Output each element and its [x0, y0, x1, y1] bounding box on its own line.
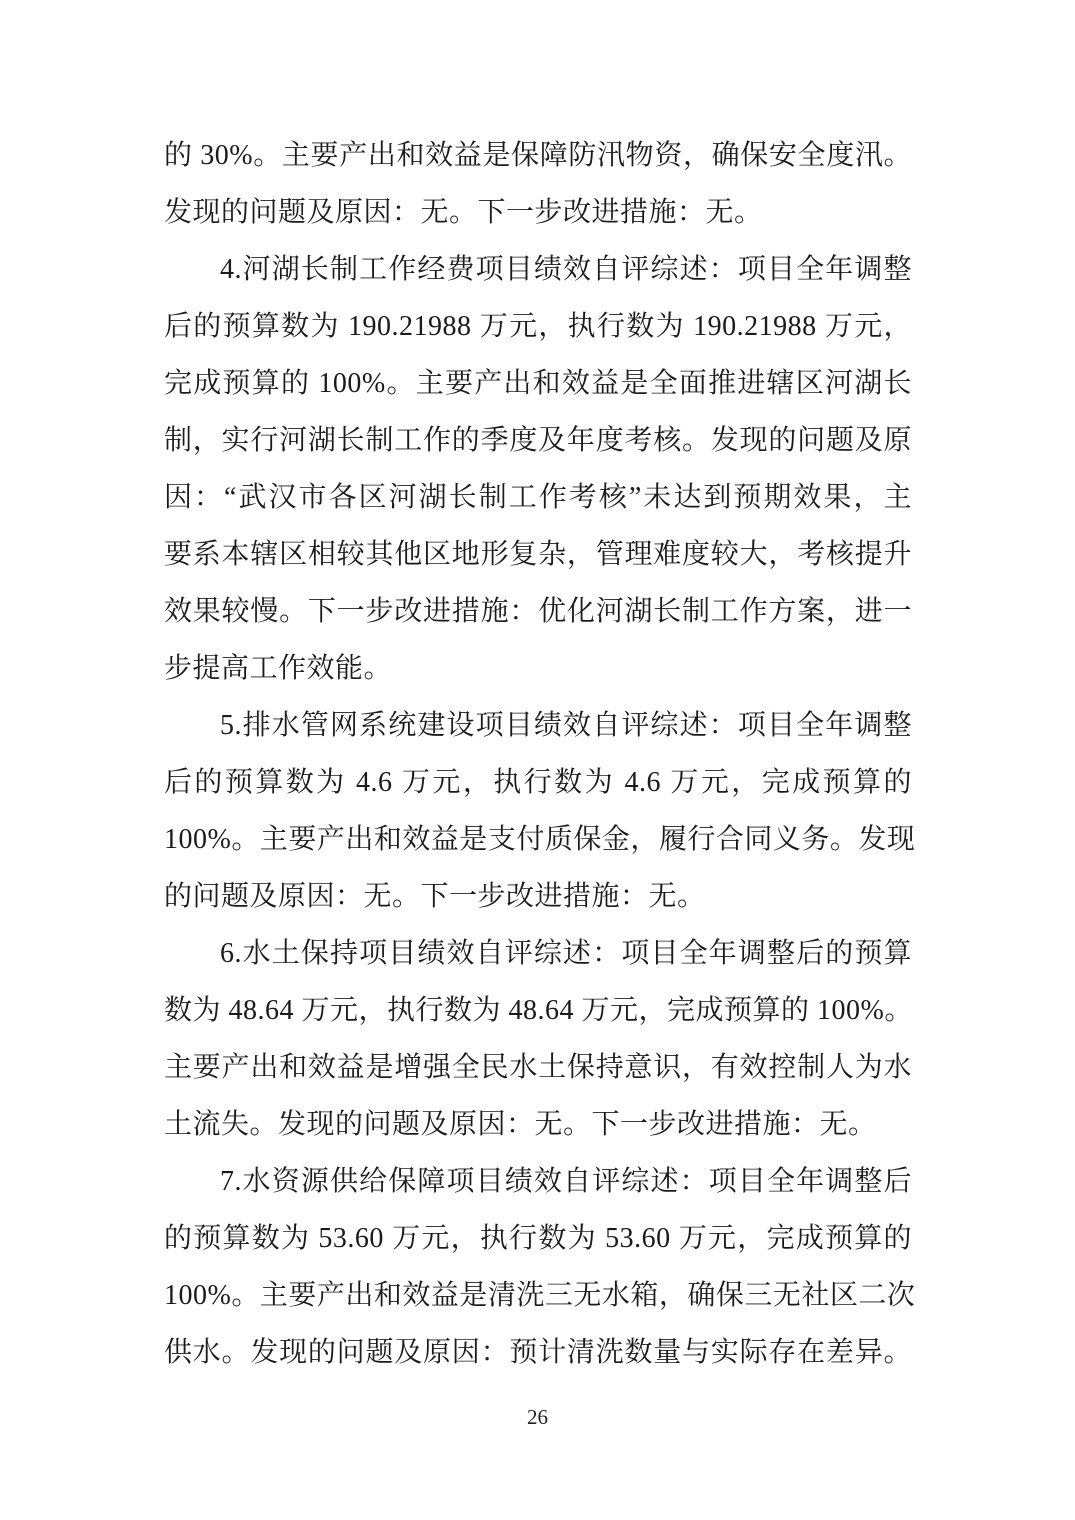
text-line: 6.水土保持项目绩效自评综述：项目全年调整后的预算: [164, 925, 912, 982]
text-line: 的问题及原因：无。下一步改进措施：无。: [164, 868, 912, 925]
text-line: 完成预算的 100%。主要产出和效益是全面推进辖区河湖长: [164, 355, 912, 412]
text-line: 后的预算数为 4.6 万元，执行数为 4.6 万元，完成预算的: [164, 754, 912, 811]
text-line: 4.河湖长制工作经费项目绩效自评综述：项目全年调整: [164, 241, 912, 298]
text-line: 的预算数为 53.60 万元，执行数为 53.60 万元，完成预算的: [164, 1210, 912, 1267]
page-number: 26: [0, 1402, 1075, 1432]
text-line: 后的预算数为 190.21988 万元，执行数为 190.21988 万元，: [164, 298, 912, 355]
text-line: 要系本辖区相较其他区地形复杂，管理难度较大，考核提升: [164, 526, 912, 583]
text-line: 效果较慢。下一步改进措施：优化河湖长制工作方案，进一: [164, 583, 912, 640]
document-body: 的 30%。主要产出和效益是保障防汛物资，确保安全度汛。发现的问题及原因：无。下…: [164, 127, 912, 1381]
text-line: 主要产出和效益是增强全民水土保持意识，有效控制人为水: [164, 1039, 912, 1096]
text-line: 100%。主要产出和效益是支付质保金，履行合同义务。发现: [164, 811, 912, 868]
text-line: 5.排水管网系统建设项目绩效自评综述：项目全年调整: [164, 697, 912, 754]
text-line: 土流失。发现的问题及原因：无。下一步改进措施：无。: [164, 1096, 912, 1153]
text-line: 数为 48.64 万元，执行数为 48.64 万元，完成预算的 100%。: [164, 982, 912, 1039]
text-line: 100%。主要产出和效益是清洗三无水箱，确保三无社区二次: [164, 1267, 912, 1324]
text-line: 的 30%。主要产出和效益是保障防汛物资，确保安全度汛。: [164, 127, 912, 184]
text-line: 因：“武汉市各区河湖长制工作考核”未达到预期效果，主: [164, 469, 912, 526]
document-page: 的 30%。主要产出和效益是保障防汛物资，确保安全度汛。发现的问题及原因：无。下…: [0, 0, 1075, 1520]
text-line: 步提高工作效能。: [164, 640, 912, 697]
text-line: 制，实行河湖长制工作的季度及年度考核。发现的问题及原: [164, 412, 912, 469]
text-line: 供水。发现的问题及原因：预计清洗数量与实际存在差异。: [164, 1324, 912, 1381]
text-line: 发现的问题及原因：无。下一步改进措施：无。: [164, 184, 912, 241]
text-line: 7.水资源供给保障项目绩效自评综述：项目全年调整后: [164, 1153, 912, 1210]
